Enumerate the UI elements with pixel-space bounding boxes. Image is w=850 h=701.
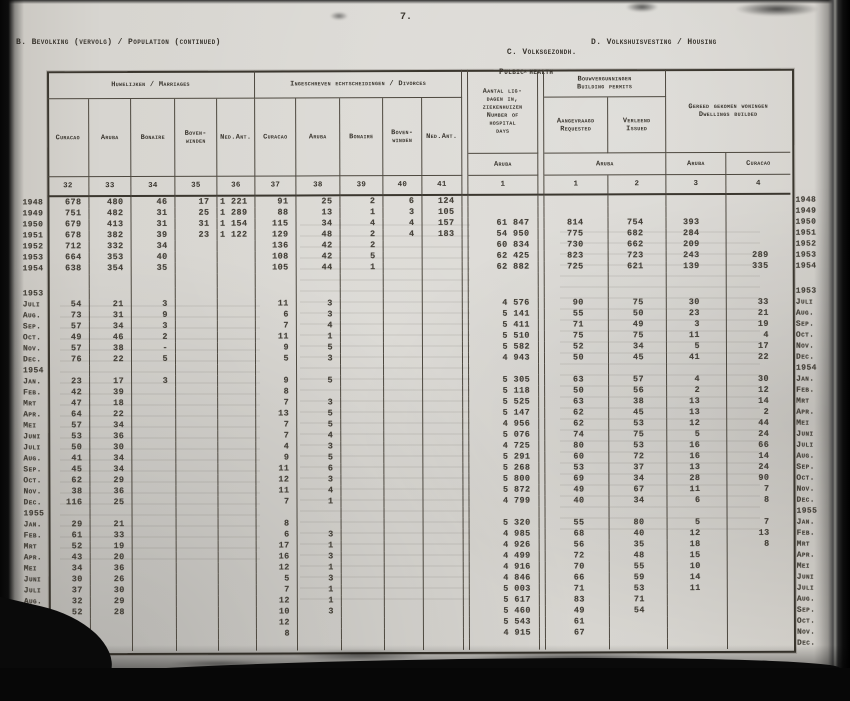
data-cell (91, 640, 133, 651)
data-cell: 62 882 (469, 262, 539, 273)
row-label-right: Juni (792, 572, 826, 583)
data-cell: 80 (545, 440, 609, 451)
row-label-left: Mrt (22, 398, 48, 409)
header-dwellings-built: Gereed gekomen woningen Dwellings builde… (666, 69, 790, 153)
section-header-health-dutch: C. Volksgezondh. (507, 48, 577, 57)
data-cell: 50 (609, 308, 667, 319)
data-cell: 62 (545, 407, 609, 418)
row-label-left: Juli (23, 585, 49, 596)
data-cell: 775 (545, 228, 609, 239)
data-cell (177, 530, 219, 541)
data-cell: 42 (297, 240, 341, 251)
data-cell: 35 (132, 263, 176, 274)
section-header-population: B. Bevolking (vervolg) / Population (con… (16, 38, 221, 48)
data-cell: 50 (48, 442, 90, 453)
data-cell: 46 (90, 332, 132, 343)
data-cell (218, 376, 256, 387)
data-cell: 23 (48, 376, 90, 387)
data-cell: 1 (298, 562, 342, 573)
header-building-permits: Bouwvergunningen Building permits (544, 69, 666, 97)
row-label-right: 1948 (790, 195, 824, 206)
data-cell: 63 (545, 374, 609, 385)
ink-smudge (330, 12, 348, 20)
data-cell: 32 (49, 596, 91, 607)
data-cell: 55 (545, 308, 609, 319)
sub-header-aruba: Aruba (468, 154, 538, 176)
data-cell: 75 (545, 330, 609, 341)
data-cell: 62 (545, 418, 609, 429)
data-cell: 22 (727, 352, 791, 363)
data-cell: 62 (48, 475, 90, 486)
data-cell: 56 (609, 385, 667, 396)
data-cell: 5 147 (469, 408, 539, 419)
data-cell: 35 (610, 539, 668, 550)
row-label-left: Aug. (23, 596, 49, 607)
data-cell (384, 273, 423, 287)
data-cell (91, 629, 133, 640)
data-cell: 5 872 (469, 485, 539, 496)
data-cell (385, 584, 424, 595)
data-cell: 34 (90, 464, 132, 475)
data-cell: 36 (91, 563, 133, 574)
data-cell (341, 342, 384, 353)
data-cell (385, 529, 424, 540)
data-cell (424, 573, 464, 584)
data-cell: 5 (668, 517, 728, 528)
data-cell (132, 464, 176, 475)
row-label-right: Nov. (791, 484, 825, 495)
data-cell: 49 (609, 319, 667, 330)
data-cell: 5 582 (469, 342, 539, 353)
data-cell (218, 288, 256, 299)
data-cell (133, 596, 177, 607)
data-cell: 3 (383, 207, 422, 218)
data-cell: 664 (48, 252, 90, 263)
data-cell: 115 (256, 218, 297, 229)
data-cell: 5 (257, 573, 298, 584)
data-cell (469, 273, 539, 287)
data-cell: 6 (256, 309, 297, 320)
row-label-right: Sep. (792, 605, 826, 616)
data-cell (218, 398, 256, 409)
data-cell: 16 (667, 440, 727, 451)
data-cell: 21 (90, 299, 132, 310)
data-cell: 3 (667, 319, 727, 330)
data-cell: 4 725 (469, 441, 539, 452)
data-cell: 60 (545, 451, 609, 462)
data-cell (728, 550, 792, 561)
data-cell: 11 (256, 485, 297, 496)
data-cell (177, 541, 219, 552)
row-label-left: Juni (23, 574, 49, 585)
data-cell: 74 (545, 429, 609, 440)
data-cell: 3 (132, 299, 176, 310)
data-cell: 5 617 (470, 595, 540, 606)
data-cell: 284 (667, 228, 727, 239)
data-cell: 4 (727, 330, 791, 341)
row-label-left: 1954 (22, 365, 48, 376)
data-cell (176, 409, 218, 420)
data-cell (424, 507, 464, 518)
data-cell (218, 241, 256, 252)
row-label-left: Nov. (22, 486, 48, 497)
data-cell (727, 239, 791, 250)
data-cell (218, 475, 256, 486)
row-label-left: Juli (22, 299, 48, 310)
data-cell: 36 (90, 486, 132, 497)
data-cell: 61 (49, 530, 91, 541)
data-cell (176, 442, 218, 453)
row-label-right: Oct. (791, 473, 825, 484)
data-cell (470, 639, 540, 650)
data-cell (257, 639, 298, 650)
data-cell: 47 (48, 398, 90, 409)
data-cell: 55 (546, 517, 610, 528)
data-cell (218, 431, 256, 442)
data-cell (91, 508, 133, 519)
data-cell (469, 364, 539, 375)
data-cell: 59 (610, 572, 668, 583)
row-label-left: Apr. (22, 409, 48, 420)
data-cell: 1 (298, 595, 342, 606)
data-cell: 53 (609, 418, 667, 429)
data-cell (176, 376, 218, 387)
data-cell (423, 262, 463, 273)
data-cell (544, 206, 608, 217)
data-cell: 5 510 (469, 331, 539, 342)
data-cell (423, 364, 463, 375)
row-label-left (22, 274, 48, 288)
column-header-curacao-divorces: Curacao (255, 98, 296, 176)
data-cell: 4 846 (470, 573, 540, 584)
row-label-left: 1948 (21, 197, 47, 208)
data-cell (423, 397, 463, 408)
data-cell: 5 (297, 419, 341, 430)
data-cell (297, 364, 341, 375)
row-label-right: Feb. (791, 385, 825, 396)
column-header-bonaire-marriages: Bonaire (131, 99, 175, 177)
data-cell (384, 430, 423, 441)
data-cell: 243 (667, 250, 727, 261)
data-cell: 61 (546, 616, 610, 627)
row-label-left: Jan. (23, 519, 49, 530)
data-cell: 54 950 (469, 229, 539, 240)
data-cell (218, 453, 256, 464)
data-cell (423, 452, 463, 463)
data-cell (385, 639, 424, 650)
data-cell (176, 475, 218, 486)
data-cell (384, 240, 423, 251)
data-cell: 8 (257, 518, 298, 529)
data-cell: 63 (545, 396, 609, 407)
data-cell (342, 617, 385, 628)
data-cell (219, 552, 257, 563)
data-cell: 10 (668, 561, 728, 572)
data-cell (176, 332, 218, 343)
data-cell: 7 (257, 584, 298, 595)
data-cell (219, 640, 257, 651)
data-cell (342, 573, 385, 584)
data-cell (424, 529, 464, 540)
data-cell: 3 (297, 353, 341, 364)
data-cell: 69 (545, 473, 609, 484)
data-cell (423, 320, 463, 331)
data-cell: 621 (609, 261, 667, 272)
data-cell (48, 274, 90, 288)
data-cell (342, 551, 385, 562)
data-cell (132, 387, 176, 398)
column-number: 3 (666, 175, 726, 195)
data-cell (49, 629, 91, 640)
data-cell (219, 530, 257, 541)
data-cell (424, 595, 464, 606)
data-cell (424, 617, 464, 628)
row-label-right: Nov. (792, 627, 826, 638)
data-cell (176, 321, 218, 332)
data-cell: 4 (384, 218, 423, 229)
data-cell: 40 (610, 528, 668, 539)
data-cell: 5 543 (470, 617, 540, 628)
data-cell: 25 (90, 497, 132, 508)
data-cell: 25 (175, 208, 217, 219)
data-cell (132, 420, 176, 431)
data-cell: 3 (297, 397, 341, 408)
data-cell: 382 (90, 230, 132, 241)
data-cell: 11 (256, 463, 297, 474)
data-cell: 25 (296, 196, 340, 207)
column-header-aruba-marriages: Aruba (89, 99, 131, 177)
header-hospital-days-text: Aantal lig- dagen in, ziekenhuizen Numbe… (483, 87, 523, 135)
data-cell (132, 274, 176, 288)
data-cell: 41 (667, 352, 727, 363)
data-cell (177, 552, 219, 563)
data-cell (133, 585, 177, 596)
data-cell (219, 519, 257, 530)
data-cell: 19 (727, 319, 791, 330)
data-cell (49, 508, 91, 519)
data-cell: 183 (423, 229, 463, 240)
data-cell: 37 (49, 585, 91, 596)
header-filler-left (21, 71, 47, 197)
data-cell (728, 616, 792, 627)
data-cell: 12 (257, 617, 298, 628)
data-cell (133, 629, 177, 640)
data-cell (544, 195, 608, 206)
row-label-left: 1951 (22, 230, 48, 241)
data-cell: 11 (667, 484, 727, 495)
data-cell: 7 (727, 484, 791, 495)
row-label-right: 1949 (790, 206, 824, 217)
data-cell: 24 (727, 429, 791, 440)
data-cell (256, 364, 297, 375)
footnote-asterisk: * (523, 71, 528, 79)
data-cell (423, 474, 463, 485)
data-cell: 209 (667, 239, 727, 250)
data-cell: 37 (609, 462, 667, 473)
data-cell: 11 (256, 298, 297, 309)
data-cell (728, 572, 792, 583)
data-cell: 33 (727, 297, 791, 308)
row-label-right: Mrt (792, 539, 826, 550)
row-label-left: Oct. (22, 475, 48, 486)
row-label-right: Apr. (791, 407, 825, 418)
data-cell: 70 (546, 561, 610, 572)
data-cell: 67 (546, 627, 610, 638)
data-cell: 28 (91, 607, 133, 618)
data-cell: 57 (48, 343, 90, 354)
data-cell: 354 (90, 263, 132, 274)
data-cell: 5 291 (469, 452, 539, 463)
data-cell: 3 (132, 321, 176, 332)
ink-smudge (470, 653, 680, 663)
data-cell: 57 (48, 321, 90, 332)
row-label-left: Juni (22, 431, 48, 442)
row-label-left: Juli (22, 442, 48, 453)
column-header-curacao-marriages: Curacao (47, 99, 89, 177)
row-label-left: Feb. (22, 387, 48, 398)
data-cell: 30 (727, 374, 791, 385)
data-cell: 8 (728, 539, 792, 550)
data-cell: 4 915 (470, 628, 540, 639)
data-cell: 31 (132, 219, 176, 230)
header-issued: Verleend Issued (608, 97, 666, 153)
data-cell (728, 638, 792, 649)
data-cell: 16 (667, 451, 727, 462)
data-cell (176, 486, 218, 497)
data-cell (177, 629, 219, 640)
data-cell (256, 287, 297, 298)
data-cell: 136 (256, 240, 297, 251)
data-cell: 5 (297, 408, 341, 419)
data-cell (218, 343, 256, 354)
data-cell (384, 441, 423, 452)
data-cell (132, 365, 176, 376)
data-cell (384, 375, 423, 386)
data-cell: 39 (132, 230, 176, 241)
data-cell: 13 (728, 528, 792, 539)
row-label-left: Sep. (22, 321, 48, 332)
data-cell: 7 (256, 496, 297, 507)
row-label-left: 1955 (23, 508, 49, 519)
data-cell: 5 003 (470, 584, 540, 595)
header-hospital-days: * Aantal lig- dagen in, ziekenhuizen Num… (468, 70, 538, 154)
data-cell: 31 (131, 208, 175, 219)
data-cell (727, 228, 791, 239)
data-cell (132, 409, 176, 420)
row-label-left: Mei (23, 563, 49, 574)
data-cell: 2 (132, 332, 176, 343)
data-cell (176, 299, 218, 310)
data-cell: 30 (90, 442, 132, 453)
data-cell (385, 606, 424, 617)
data-cell: 4 (297, 485, 341, 496)
row-label-right: 1954 (791, 363, 825, 374)
data-cell (423, 441, 463, 452)
data-cell (177, 618, 219, 629)
row-label-left: 1950 (22, 219, 48, 230)
data-cell: 20 (91, 552, 133, 563)
data-cell: 7 (728, 517, 792, 528)
data-cell: 15 (668, 550, 728, 561)
data-cell: 90 (545, 297, 609, 308)
data-cell (133, 519, 177, 530)
data-cell (219, 618, 257, 629)
data-cell: 2 (341, 240, 384, 251)
data-cell (423, 408, 463, 419)
data-cell: 1 (298, 584, 342, 595)
data-cell (469, 287, 539, 298)
data-cell: 13 (667, 462, 727, 473)
data-cell: 83 (546, 594, 610, 605)
data-cell: 5 268 (469, 463, 539, 474)
data-cell (341, 298, 384, 309)
data-cell: 18 (90, 398, 132, 409)
data-cell (176, 387, 218, 398)
data-cell (298, 617, 342, 628)
data-cell (132, 398, 176, 409)
data-cell: 42 (297, 251, 341, 262)
data-cell (176, 241, 218, 252)
data-cell: 8 (257, 628, 298, 639)
data-cell (608, 195, 666, 206)
data-cell: 5 411 (469, 320, 539, 331)
row-label-right: Juli (791, 440, 825, 451)
data-cell: 9 (256, 452, 297, 463)
data-cell (610, 616, 668, 627)
row-label-right: Mei (791, 418, 825, 429)
data-cell (384, 397, 423, 408)
ink-smudge (170, 660, 270, 667)
data-cell: 72 (546, 550, 610, 561)
row-label-left: Sep. (23, 607, 49, 618)
data-cell: 17 (175, 197, 217, 208)
data-cell (177, 574, 219, 585)
data-cell: 22 (90, 409, 132, 420)
sub-header-aruba: Aruba (666, 153, 726, 175)
data-cell (424, 551, 464, 562)
data-cell: 823 (545, 250, 609, 261)
data-cell (384, 463, 423, 474)
data-cell (385, 562, 424, 573)
data-cell (218, 354, 256, 365)
ink-smudge (295, 650, 425, 661)
data-cell (384, 452, 423, 463)
data-cell: 1 (341, 262, 384, 273)
data-cell (218, 321, 256, 332)
data-cell: 34 (90, 453, 132, 464)
data-cell: 1 (298, 540, 342, 551)
row-label-left: Oct. (22, 332, 48, 343)
data-cell (218, 299, 256, 310)
row-label-left: Aug. (22, 310, 48, 321)
row-label-left: Nov. (23, 629, 49, 640)
data-cell (341, 408, 384, 419)
data-cell: 36 (90, 431, 132, 442)
data-cell (384, 309, 423, 320)
column-number: 1 (544, 175, 608, 195)
data-cell (423, 419, 463, 430)
data-cell (546, 638, 610, 649)
data-cell: 67 (609, 484, 667, 495)
data-cell: 53 (48, 431, 90, 442)
data-cell (219, 563, 257, 574)
data-cell: 21 (91, 519, 133, 530)
column-number: 2 (608, 175, 666, 195)
data-cell: 66 (727, 440, 791, 451)
data-cell (609, 363, 667, 374)
row-label-right: 1952 (791, 239, 825, 250)
data-cell (384, 342, 423, 353)
